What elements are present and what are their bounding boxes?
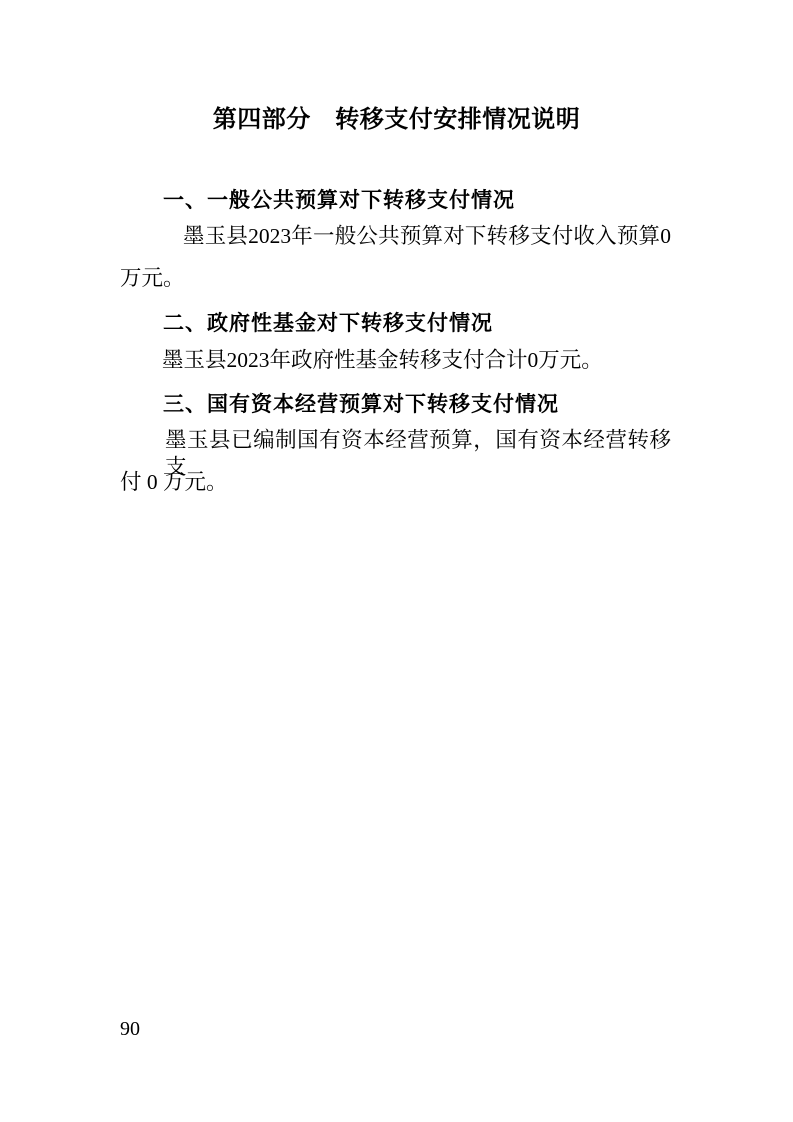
section-2-heading: 二、政府性基金对下转移支付情况 bbox=[120, 310, 671, 336]
document-page: 第四部分 转移支付安排情况说明 一、一般公共预算对下转移支付情况 墨玉县2023… bbox=[0, 0, 793, 1122]
section-1-paragraph-line-1: 墨玉县2023年一般公共预算对下转移支付收入预算0 bbox=[120, 223, 671, 250]
section-3-heading: 三、国有资本经营预算对下转移支付情况 bbox=[120, 391, 671, 417]
section-1-heading: 一、一般公共预算对下转移支付情况 bbox=[120, 187, 671, 213]
page-title: 第四部分 转移支付安排情况说明 bbox=[0, 105, 793, 135]
section-3-paragraph-line-2: 付 0 万元。 bbox=[120, 469, 671, 496]
page-number: 90 bbox=[120, 1017, 140, 1041]
section-2-paragraph-line-1: 墨玉县2023年政府性基金转移支付合计0万元。 bbox=[120, 347, 671, 374]
section-1-paragraph-line-2: 万元。 bbox=[120, 265, 671, 292]
